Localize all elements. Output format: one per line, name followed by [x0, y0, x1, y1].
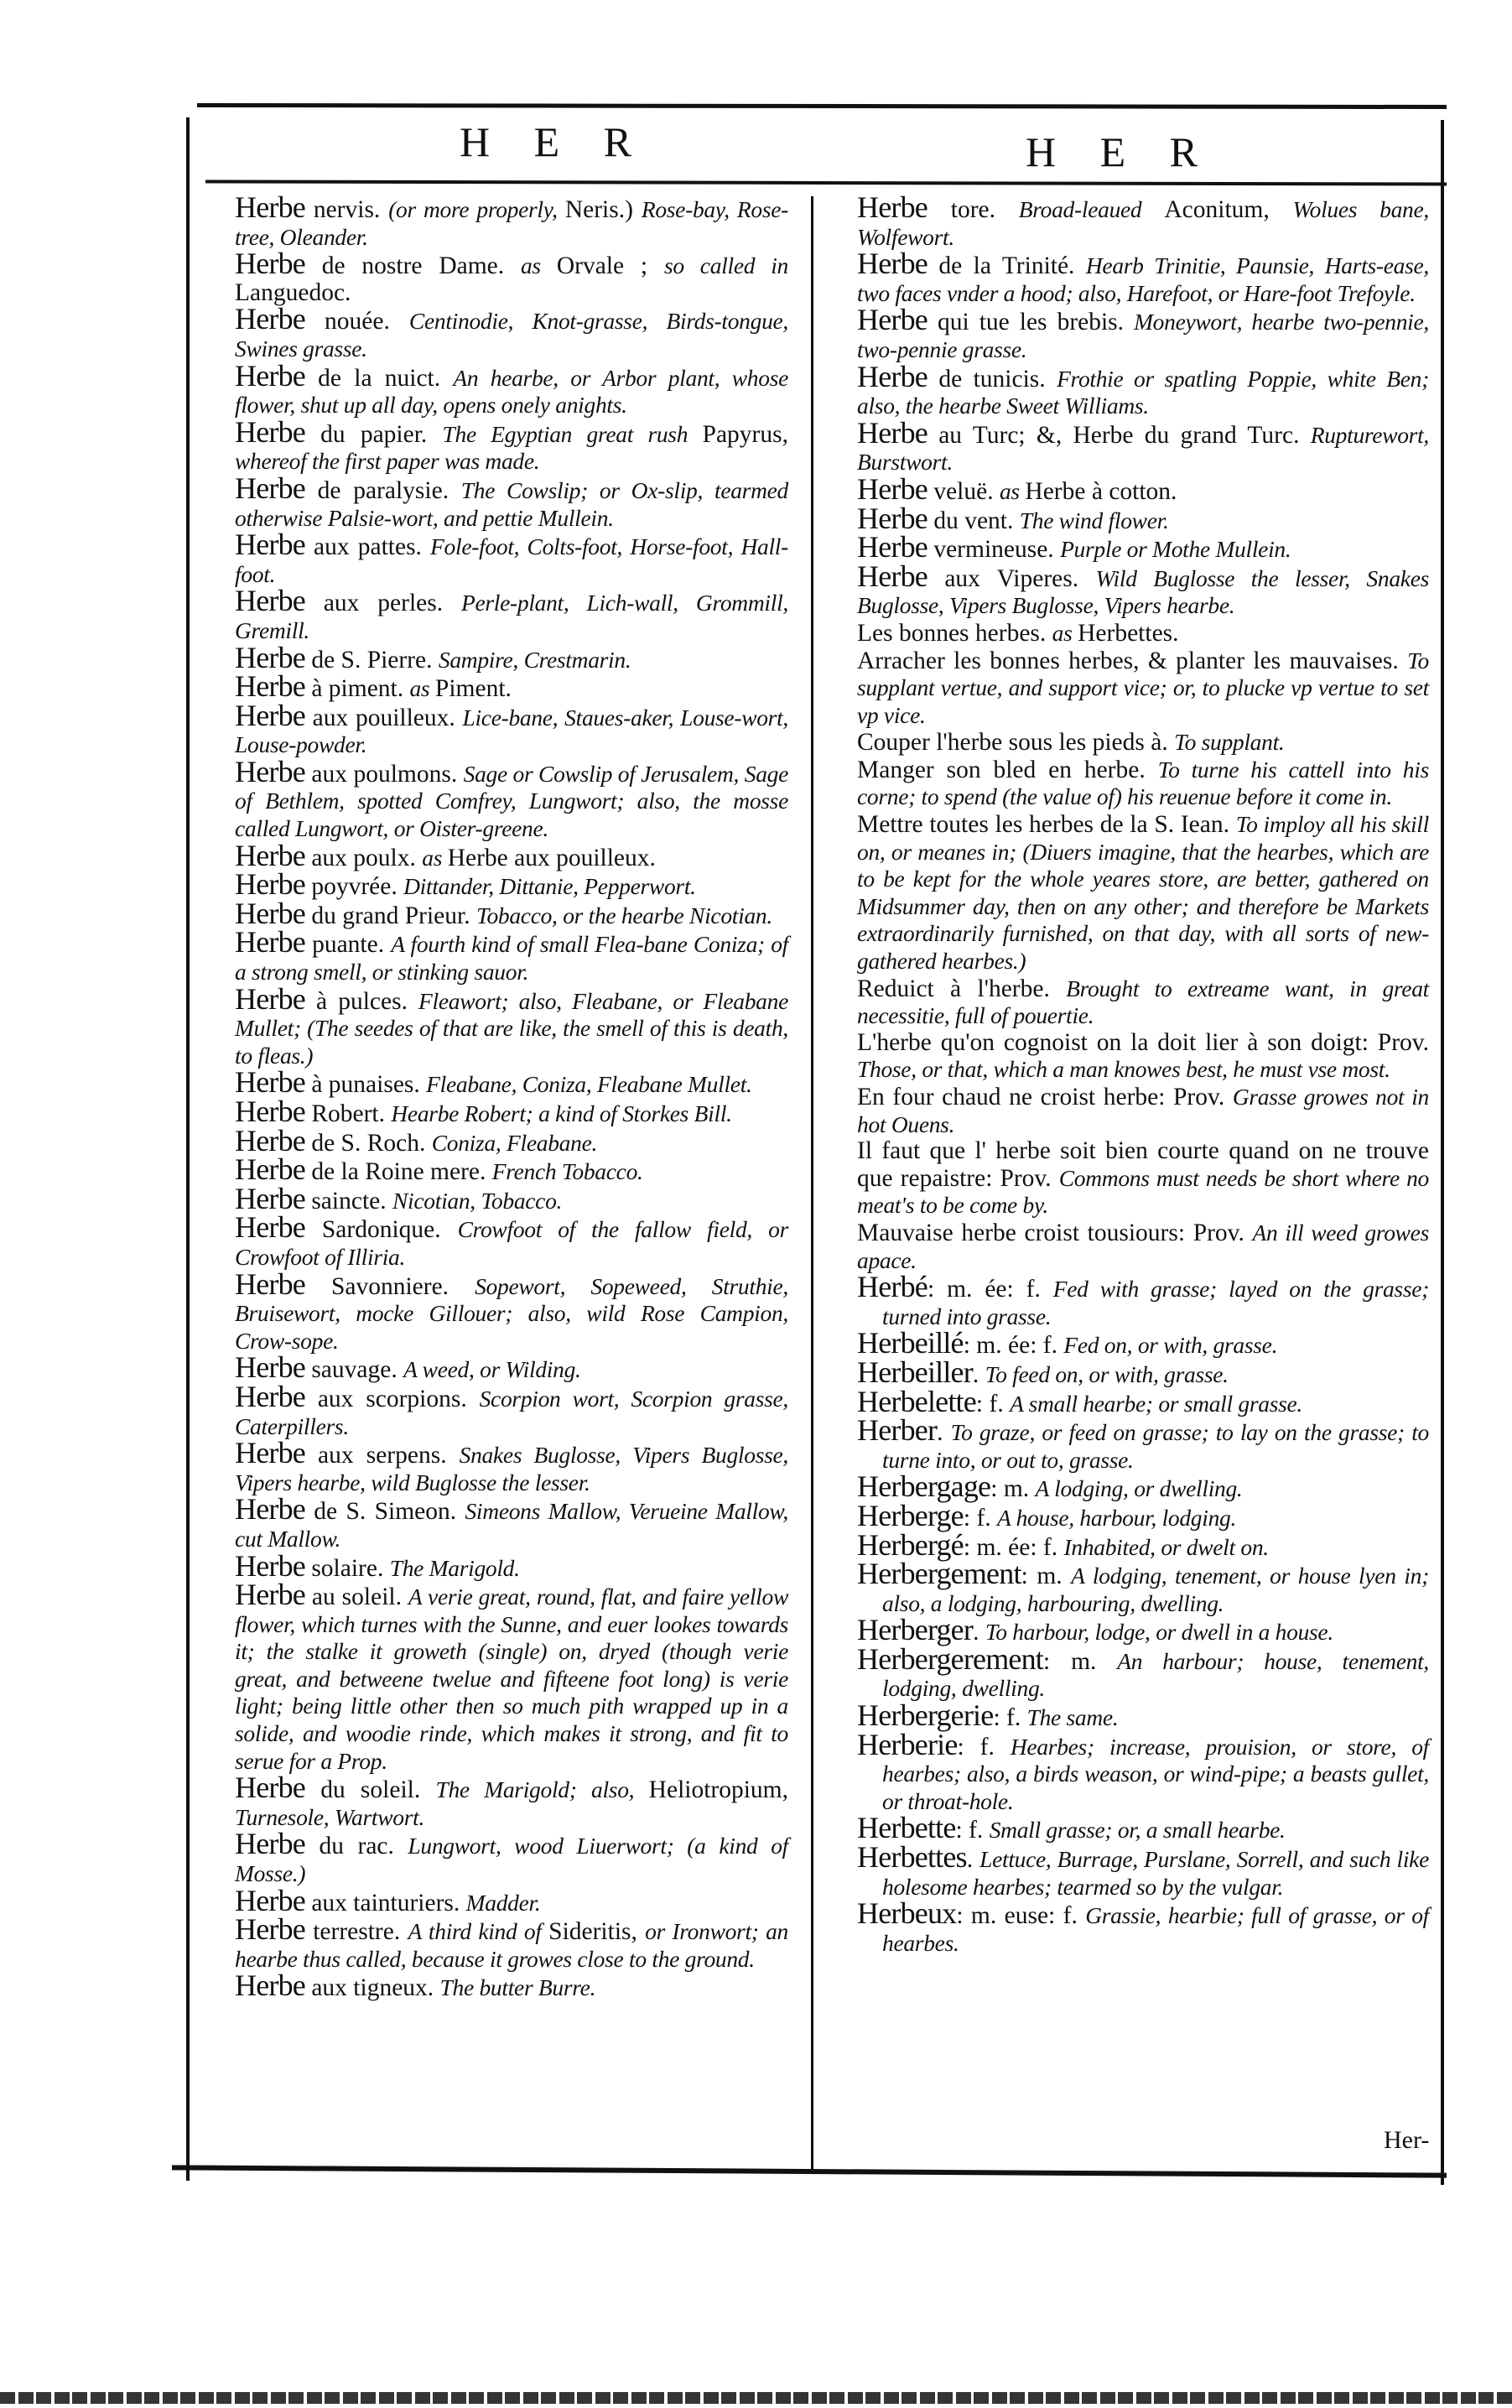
- french-text: : f.: [976, 1391, 1010, 1417]
- dictionary-entry: Herbe au Turc; &, Herbe du grand Turc. R…: [857, 420, 1429, 476]
- headword: Herbe: [235, 1380, 305, 1413]
- dictionary-entry: Herberie: f. Hearbes; increase, prouisio…: [857, 1732, 1429, 1816]
- french-text: veluë.: [927, 478, 1000, 505]
- english-definition: Fed on, or with, grasse.: [1063, 1332, 1277, 1358]
- english-definition: as: [422, 845, 447, 871]
- french-text: Sideritis,: [548, 1918, 645, 1945]
- french-text: Robert.: [305, 1100, 391, 1127]
- dictionary-entry: En four chaud ne croist herbe: Prov. Gra…: [857, 1084, 1429, 1138]
- french-text: aux pouilleux.: [305, 705, 463, 731]
- headword: Herbé: [857, 1270, 927, 1303]
- dictionary-entry: Herbergerement: m. An harbour; house, te…: [857, 1646, 1429, 1703]
- english-definition: Broad-leaued: [1019, 196, 1165, 222]
- french-text: du grand Prieur.: [305, 902, 476, 929]
- french-text: Mauvaise herbe croist tousiours: Prov.: [857, 1220, 1253, 1246]
- french-text: Herbettes.: [1078, 620, 1178, 647]
- french-text: sauvage.: [305, 1356, 403, 1383]
- dictionary-entry: Herbe sauvage. A weed, or Wilding.: [235, 1355, 788, 1384]
- french-text: terrestre.: [305, 1918, 408, 1945]
- french-text: du papier.: [305, 421, 443, 448]
- dictionary-entry: Herbé: m. ée: f. Fed with grasse; layed …: [857, 1274, 1429, 1330]
- dictionary-entry: Herbe aux tigneux. The butter Burre.: [235, 1973, 788, 2002]
- dictionary-entry: Herbe Savonniere. Sopewort, Sopeweed, St…: [235, 1272, 788, 1355]
- headword: Herbe: [235, 1969, 305, 2002]
- dictionary-entry: Herbe de nostre Dame. as Orvale ; so cal…: [235, 251, 788, 306]
- dictionary-entry: Herbe de S. Roch. Coniza, Fleabane.: [235, 1128, 788, 1157]
- french-text: Neris.): [565, 196, 642, 223]
- dictionary-entry: Herbe aux poulx. as Herbe aux pouilleux.: [235, 843, 788, 872]
- dictionary-entry: Herbe terrestre. A third kind of Siderit…: [235, 1917, 788, 1973]
- english-definition: A third kind of: [408, 1918, 548, 1944]
- french-text: Arracher les bonnes herbes, & planter le…: [857, 648, 1407, 674]
- dictionary-entry: Herbe du papier. The Egyptian great rush…: [235, 419, 788, 476]
- french-text: de S. Simeon.: [305, 1498, 465, 1525]
- french-text: Aconitum,: [1164, 196, 1292, 223]
- french-text: nouée.: [305, 308, 409, 335]
- headword: Herbe: [235, 415, 305, 449]
- dictionary-entry: Herbe aux tainturiers. Madder.: [235, 1888, 788, 1917]
- dictionary-entry: Herbe aux scorpions. Scorpion wort, Scor…: [235, 1384, 788, 1440]
- top-border-rule: [197, 103, 1447, 109]
- headword: Herbe: [235, 1771, 305, 1804]
- french-text: de paralysie.: [305, 477, 461, 504]
- dictionary-entry: Herbe à piment. as Piment.: [235, 674, 788, 703]
- english-definition: To supplant.: [1174, 729, 1284, 755]
- french-text: aux serpens.: [305, 1442, 460, 1469]
- english-definition: (or more properly,: [388, 196, 565, 222]
- headword: Herbe: [235, 528, 305, 561]
- dictionary-entry: Herbe puante. A fourth kind of small Fle…: [235, 929, 788, 986]
- catchword: Her-: [1384, 2126, 1429, 2155]
- french-text: Heliotropium,: [649, 1776, 788, 1803]
- french-text: En four chaud ne croist herbe: Prov.: [857, 1084, 1233, 1110]
- header-rule: [205, 179, 1447, 185]
- headword: Herbe: [235, 925, 305, 959]
- headword: Herbe: [857, 303, 927, 336]
- dictionary-entry: Herbe aux serpens. Snakes Buglosse, Vipe…: [235, 1440, 788, 1496]
- french-text: Manger son bled en herbe.: [857, 757, 1158, 783]
- french-text: Papyrus,: [703, 421, 788, 448]
- headword: Herbettes: [857, 1840, 967, 1874]
- dictionary-entry: Couper l'herbe sous les pieds à. To supp…: [857, 729, 1429, 757]
- dictionary-entry: Herbettes. Lettuce, Burrage, Purslane, S…: [857, 1844, 1429, 1901]
- dictionary-entry: Herbe de tunicis. Frothie or spatling Po…: [857, 364, 1429, 420]
- english-definition: Madder.: [466, 1890, 541, 1916]
- dictionary-entry: Herbe de la nuict. An hearbe, or Arbor p…: [235, 363, 788, 419]
- headword: Herbe: [235, 1210, 305, 1244]
- dictionary-entry: Herbe qui tue les brebis. Moneywort, hea…: [857, 307, 1429, 363]
- dictionary-entry: Herbe veluë. as Herbe à cotton.: [857, 476, 1429, 506]
- headword: Herberie: [857, 1728, 958, 1761]
- english-definition: as: [409, 675, 434, 701]
- english-definition: Inhabited, or dwelt on.: [1063, 1534, 1268, 1560]
- english-definition: Nicotian, Tobacco.: [392, 1188, 562, 1214]
- english-definition: A small hearbe; or small grasse.: [1010, 1391, 1302, 1417]
- french-text: Savonniere.: [305, 1273, 475, 1300]
- french-text: de S. Pierre.: [305, 647, 439, 674]
- french-text: : m.: [990, 1475, 1035, 1502]
- dictionary-entry: Herbe saincte. Nicotian, Tobacco.: [235, 1186, 788, 1215]
- dictionary-entry: Herbe Sardonique. Crowfoot of the fallow…: [235, 1214, 788, 1271]
- bottom-border-rule: [172, 2165, 1447, 2177]
- dictionary-entry: Herbe à pulces. Fleawort; also, Fleabane…: [235, 986, 788, 1070]
- headword: Herbe: [235, 1912, 305, 1946]
- french-text: aux tainturiers.: [305, 1890, 466, 1917]
- dictionary-entry: Herbergement: m. A lodging, tenement, or…: [857, 1561, 1429, 1617]
- headword: Herbe: [235, 302, 305, 335]
- english-definition: Sampire, Crestmarin.: [439, 647, 631, 673]
- headword: Herber: [857, 1413, 937, 1447]
- dictionary-entry: Herbe Robert. Hearbe Robert; a kind of S…: [235, 1099, 788, 1128]
- french-text: .: [967, 1846, 979, 1873]
- english-definition: The butter Burre.: [440, 1974, 596, 2000]
- dictionary-entry: Mettre toutes les herbes de la S. Iean. …: [857, 811, 1429, 975]
- french-text: Orvale ;: [557, 252, 664, 279]
- running-head-right: H E R: [1026, 127, 1214, 176]
- headword: Herbe: [235, 982, 305, 1016]
- french-text: de la nuict.: [305, 365, 453, 392]
- english-definition: A lodging, or dwelling.: [1036, 1475, 1243, 1501]
- french-text: de la Roine mere.: [305, 1158, 492, 1185]
- french-text: : f.: [964, 1505, 997, 1532]
- french-text: de nostre Dame.: [305, 252, 521, 279]
- french-text: Mettre toutes les herbes de la S. Iean.: [857, 811, 1236, 838]
- dictionary-entry: Herbe de paralysie. The Cowslip; or Ox-s…: [235, 476, 788, 532]
- english-definition: The same.: [1027, 1704, 1119, 1730]
- right-frame-rule: [1441, 120, 1444, 2185]
- french-text: à punaises.: [305, 1071, 426, 1098]
- english-definition: as: [1000, 478, 1025, 504]
- dictionary-entry: Herbe à punaises. Fleabane, Coniza, Flea…: [235, 1069, 788, 1099]
- dictionary-entry: Herbe du grand Prieur. Tobacco, or the h…: [235, 901, 788, 930]
- french-text: Couper l'herbe sous les pieds à.: [857, 729, 1174, 756]
- headword: Herbe: [235, 1267, 305, 1301]
- french-text: aux poulmons.: [305, 761, 464, 788]
- right-column: Herbe tore. Broad-leaued Aconitum, Wolue…: [857, 195, 1429, 1957]
- english-definition: as: [1052, 620, 1078, 646]
- dictionary-entry: Herbelette: f. A small hearbe; or small …: [857, 1389, 1429, 1418]
- english-definition: Tobacco, or the hearbe Nicotian.: [476, 902, 772, 928]
- french-text: : m. ée: f.: [927, 1276, 1053, 1303]
- headword: Herbe: [857, 360, 927, 393]
- headword: Herbe: [857, 247, 927, 280]
- headword: Herbe: [235, 755, 305, 788]
- french-text: du vent.: [927, 507, 1020, 534]
- french-text: : m. ée: f.: [964, 1332, 1064, 1359]
- dictionary-entry: Herbe de la Trinité. Hearb Trinitie, Pau…: [857, 251, 1429, 307]
- french-text: de la Trinité.: [927, 252, 1086, 279]
- dictionary-entry: Herbe du rac. Lungwort, wood Liuerwort; …: [235, 1831, 788, 1887]
- french-text: puante.: [305, 931, 391, 958]
- french-text: à pulces.: [305, 988, 418, 1015]
- french-text: Les bonnes herbes.: [857, 620, 1052, 647]
- dictionary-entry: Herbeux: m. euse: f. Grassie, hearbie; f…: [857, 1901, 1429, 1957]
- french-text: de tunicis.: [927, 366, 1057, 393]
- french-text: aux poulx.: [305, 845, 422, 871]
- english-definition: The Marigold.: [390, 1555, 520, 1581]
- english-definition: Those, or that, which a man knowes best,…: [857, 1056, 1390, 1082]
- english-definition: Turnesole, Wartwort.: [235, 1804, 424, 1830]
- french-text: qui tue les brebis.: [927, 309, 1134, 335]
- french-text: au Turc; &, Herbe du grand Turc.: [927, 422, 1311, 449]
- dictionary-entry: Herbe nouée. Centinodie, Knot-grasse, Bi…: [235, 306, 788, 362]
- headword: Herbe: [235, 1578, 305, 1611]
- headword: Herbe: [235, 699, 305, 732]
- headword: Herbe: [857, 190, 927, 224]
- english-definition: A house, harbour, lodging.: [997, 1505, 1236, 1531]
- headword: Herbe: [235, 1827, 305, 1860]
- french-text: tore.: [927, 196, 1019, 223]
- headword: Herbe: [235, 1492, 305, 1526]
- headword: Herbergerement: [857, 1642, 1043, 1676]
- english-definition: Fleabane, Coniza, Fleabane Mullet.: [426, 1071, 751, 1097]
- headword: Herbe: [857, 416, 927, 450]
- french-text: au soleil.: [305, 1584, 408, 1610]
- dictionary-entry: Herbe nervis. (or more properly, Neris.)…: [235, 195, 788, 251]
- french-text: : m. euse: f.: [956, 1902, 1085, 1929]
- dictionary-entry: Herbe de S. Pierre. Sampire, Crestmarin.: [235, 645, 788, 674]
- french-text: de S. Roch.: [305, 1130, 432, 1157]
- french-text: poyvrée.: [305, 873, 403, 900]
- english-definition: Hearbe Robert; a kind of Storkes Bill.: [391, 1100, 731, 1126]
- french-text: aux perles.: [305, 590, 461, 616]
- english-definition: Purple or Mothe Mullein.: [1060, 536, 1291, 562]
- dictionary-entry: Arracher les bonnes herbes, & planter le…: [857, 648, 1429, 730]
- dictionary-entry: Herbe de la Roine mere. French Tobacco.: [235, 1157, 788, 1186]
- dictionary-entry: Herbe solaire. The Marigold.: [235, 1553, 788, 1583]
- french-text: à piment.: [305, 675, 410, 702]
- english-definition: whereof the first paper was made.: [235, 448, 539, 474]
- scan-edge-artifact: [0, 2392, 1512, 2404]
- french-text: : f.: [993, 1704, 1026, 1731]
- dictionary-entry: Herbe du soleil. The Marigold; also, Hel…: [235, 1775, 788, 1831]
- french-text: solaire.: [305, 1555, 390, 1582]
- dictionary-entry: Herbe de S. Simeon. Simeons Mallow, Veru…: [235, 1496, 788, 1552]
- left-frame-rule: [186, 117, 190, 2181]
- english-definition: A weed, or Wilding.: [403, 1356, 581, 1382]
- left-column: Herbe nervis. (or more properly, Neris.)…: [235, 195, 788, 2002]
- headword: Herbe: [857, 559, 927, 593]
- dictionary-entry: Il faut que l' herbe soit bien courte qu…: [857, 1138, 1429, 1220]
- english-definition: so called in: [664, 252, 788, 278]
- french-text: : f.: [958, 1734, 1011, 1760]
- dictionary-entry: Reduict à l'herbe. Brought to extreame w…: [857, 975, 1429, 1030]
- headword: Herbe: [235, 359, 305, 393]
- dictionary-entry: Les bonnes herbes. as Herbettes.: [857, 620, 1429, 648]
- headword: Herbe: [235, 471, 305, 505]
- dictionary-entry: Herbe aux pouilleux. Lice-bane, Staues-a…: [235, 703, 788, 759]
- dictionary-entry: Manger son bled en herbe. To turne his c…: [857, 757, 1429, 811]
- english-definition: The wind flower.: [1020, 507, 1169, 533]
- english-definition: To feed on, or with, grasse.: [985, 1361, 1229, 1387]
- french-text: aux pattes.: [305, 533, 430, 560]
- dictionary-entry: L'herbe qu'on cognoist on la doit lier à…: [857, 1030, 1429, 1084]
- headword: Herbe: [235, 247, 305, 280]
- dictionary-entry: Herbe du vent. The wind flower.: [857, 506, 1429, 535]
- dictionary-entry: Herbe aux pattes. Fole-foot, Colts-foot,…: [235, 532, 788, 588]
- french-text: : m.: [1021, 1563, 1072, 1589]
- english-definition: The Marigold; also,: [435, 1776, 648, 1802]
- french-text: Piment.: [435, 675, 512, 702]
- dictionary-entry: Herbe aux poulmons. Sage or Cowslip of J…: [235, 759, 788, 843]
- headword: Herbe: [235, 584, 305, 617]
- french-text: .: [937, 1419, 950, 1446]
- dictionary-entry: Mauvaise herbe croist tousiours: Prov. A…: [857, 1220, 1429, 1274]
- headword: Herbeux: [857, 1896, 956, 1930]
- dictionary-entry: Herbe tore. Broad-leaued Aconitum, Wolue…: [857, 195, 1429, 251]
- french-text: aux Viperes.: [927, 565, 1096, 592]
- headword: Herbergement: [857, 1557, 1021, 1590]
- french-text: Reduict à l'herbe.: [857, 975, 1066, 1002]
- dictionary-entry: Herbe vermineuse. Purple or Mothe Mullei…: [857, 534, 1429, 564]
- dictionary-page: H E R H E R Herbe nervis. (or more prope…: [0, 0, 1512, 2408]
- french-text: Herbe aux pouilleux.: [448, 845, 656, 871]
- dictionary-entry: Herbe poyvrée. Dittander, Dittanie, Pepp…: [235, 871, 788, 901]
- running-head-left: H E R: [460, 117, 648, 166]
- english-definition: To harbour, lodge, or dwell in a house.: [985, 1619, 1333, 1645]
- english-definition: To graze, or feed on grasse; to lay on t…: [882, 1419, 1429, 1473]
- french-text: du soleil.: [305, 1776, 436, 1803]
- french-text: Herbe à cotton.: [1025, 478, 1177, 505]
- french-text: : m.: [1043, 1648, 1117, 1675]
- column-divider: [811, 196, 813, 2171]
- english-definition: French Tobacco.: [492, 1158, 643, 1184]
- french-text: Sardonique.: [305, 1216, 458, 1243]
- english-definition: Coniza, Fleabane.: [432, 1130, 597, 1156]
- english-definition: The Egyptian great rush: [443, 421, 703, 447]
- french-text: du rac.: [305, 1833, 408, 1859]
- headword: Herbe: [235, 190, 305, 224]
- english-definition: Small grasse; or, a small hearbe.: [990, 1817, 1286, 1843]
- french-text: aux scorpions.: [305, 1386, 480, 1412]
- english-definition: as: [521, 252, 557, 278]
- english-definition: A verie great, round, flat, and faire ye…: [235, 1584, 788, 1774]
- dictionary-entry: Herbe aux perles. Perle-plant, Lich-wall…: [235, 588, 788, 644]
- french-text: vermineuse.: [927, 536, 1060, 563]
- headword: Herbe: [235, 1436, 305, 1469]
- dictionary-entry: Herbe aux Viperes. Wild Buglosse the les…: [857, 564, 1429, 620]
- french-text: L'herbe qu'on cognoist on la doit lier à…: [857, 1029, 1429, 1056]
- french-text: aux tigneux.: [305, 1974, 440, 2001]
- french-text: nervis.: [305, 196, 388, 223]
- french-text: saincte.: [305, 1188, 392, 1214]
- english-definition: Dittander, Dittanie, Pepperwort.: [403, 873, 696, 899]
- dictionary-entry: Herber. To graze, or feed on grasse; to …: [857, 1417, 1429, 1474]
- dictionary-entry: Herbe au soleil. A verie great, round, f…: [235, 1582, 788, 1775]
